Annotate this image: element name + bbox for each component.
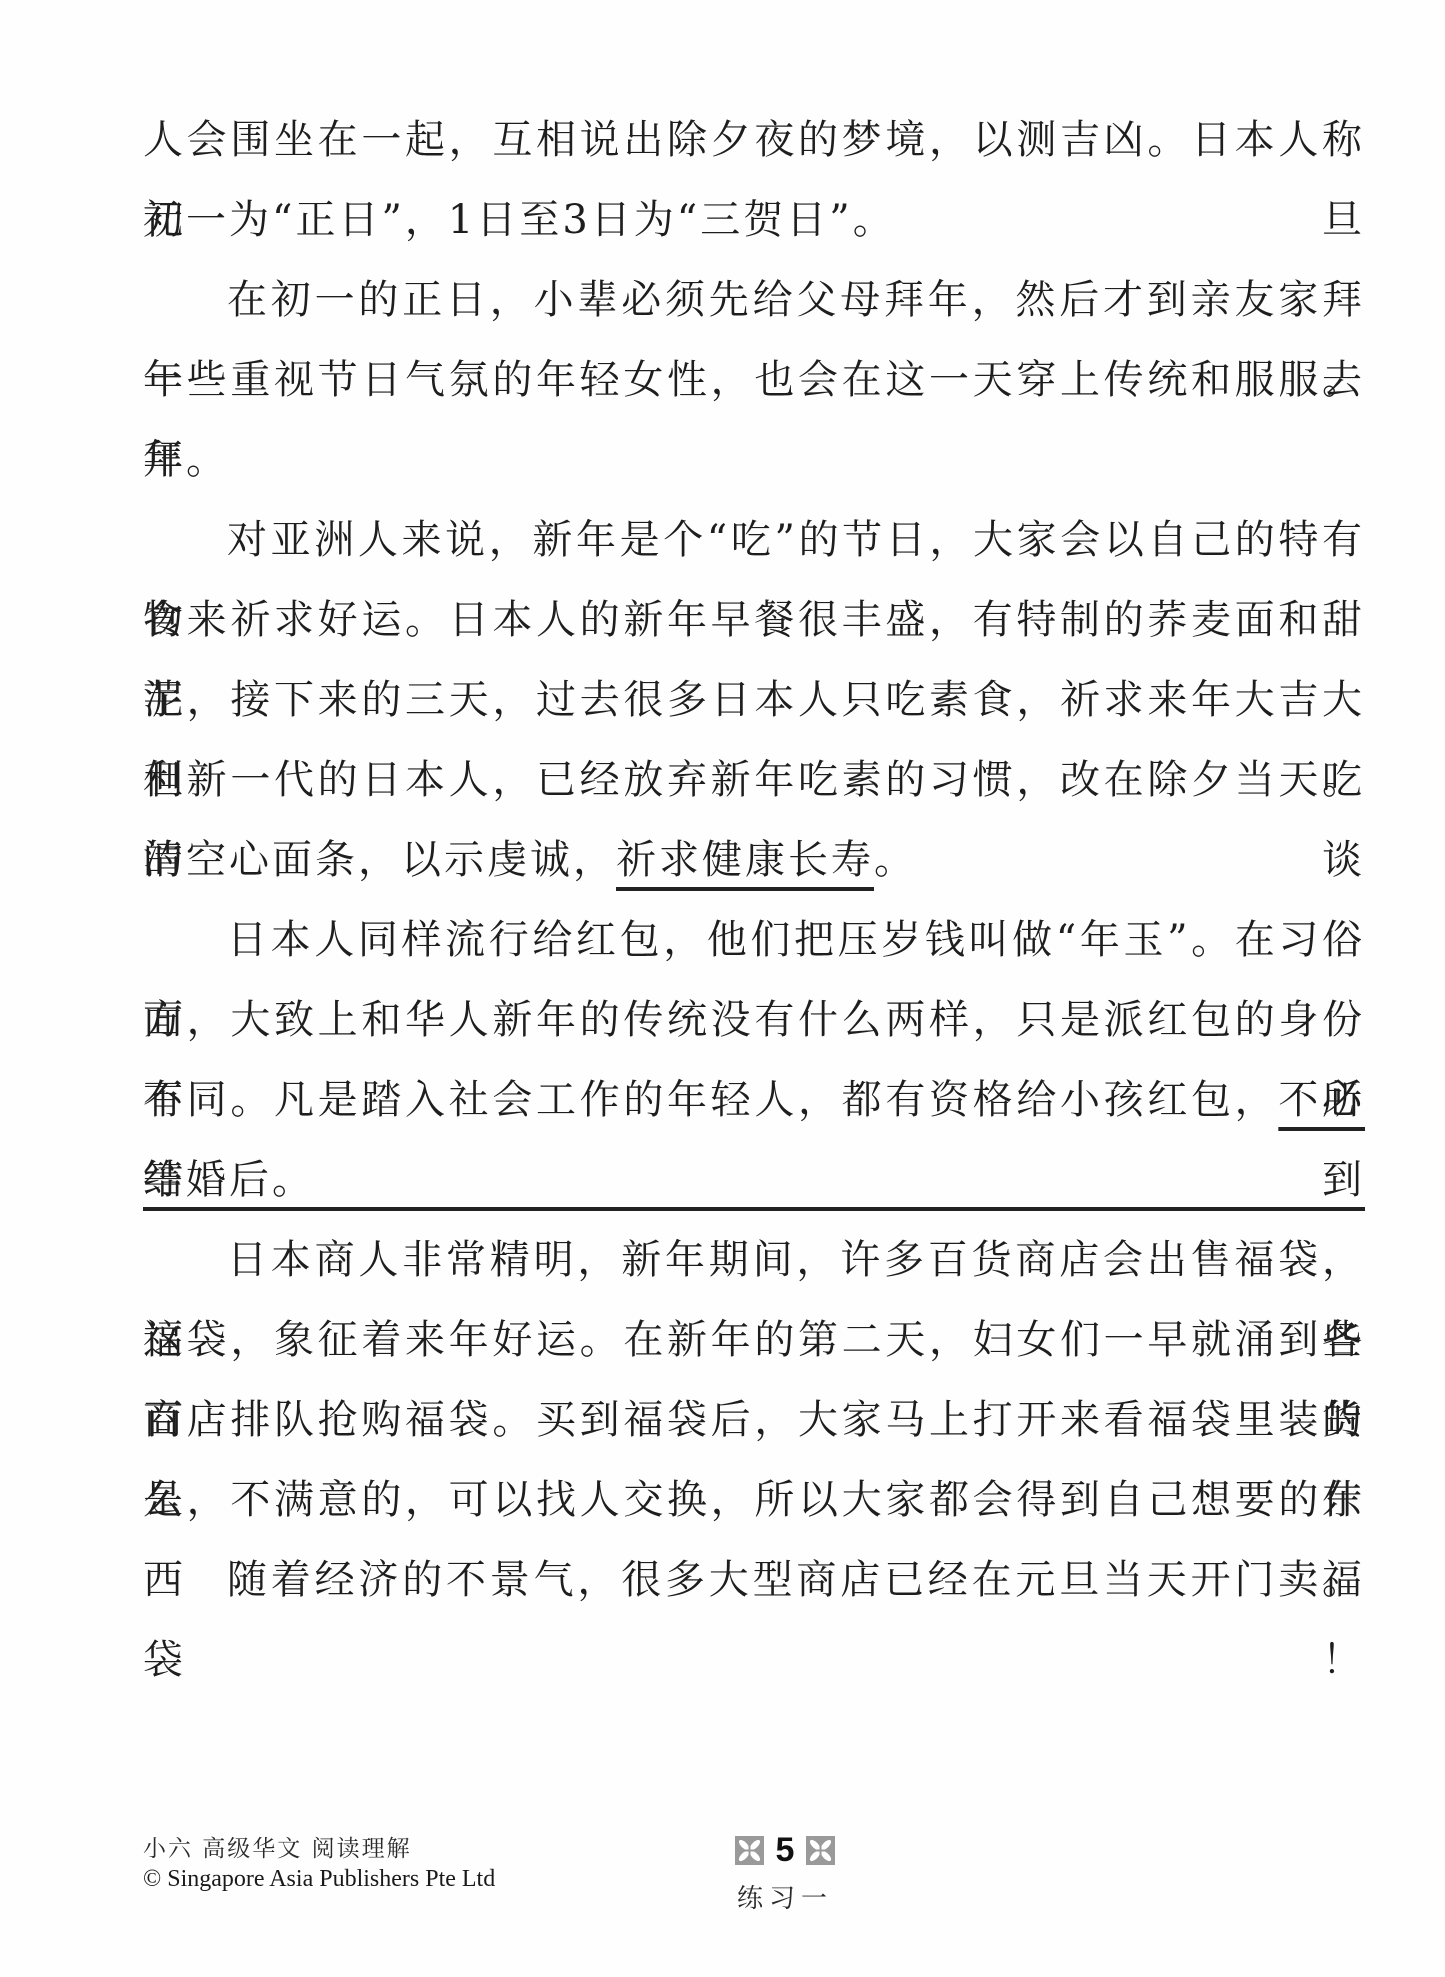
- text-line: 年。: [143, 420, 1365, 500]
- text-line: 物来祈求好运。日本人的新年早餐很丰盛，有特制的荞麦面和甜芋: [143, 580, 1365, 660]
- text-segment: 随着经济的不景气，很多大型商店已经在元旦当天开门卖福袋！: [143, 1557, 1365, 1683]
- text-line: 福袋，象征着来年好运。在新年的第二天，妇女们一早就涌到各百货: [143, 1300, 1365, 1380]
- text-line: 随着经济的不景气，很多大型商店已经在元旦当天开门卖福袋！: [143, 1540, 1365, 1620]
- ornament-flower-icon: [806, 1836, 835, 1865]
- ornament-flower-icon: [735, 1836, 764, 1865]
- text-segment: 年。: [143, 437, 229, 483]
- text-line: 对亚洲人来说，新年是个“吃”的节日，大家会以自己的特有食: [143, 500, 1365, 580]
- text-line: 但新一代的日本人，已经放弃新年吃素的习惯，改在除夕当天吃清谈: [143, 740, 1365, 820]
- text-line: 泥，接下来的三天，过去很多日本人只吃素食，祈求来年大吉大利。: [143, 660, 1365, 740]
- document-page: 人会围坐在一起，互相说出除夕夜的梦境，以测吉凶。日本人称元旦初一为“正日”，1日…: [0, 0, 1445, 1977]
- section-label: 练习一: [737, 1878, 833, 1915]
- underlined-phrase: 结婚后: [143, 1157, 272, 1203]
- underlined-phrase: 祈求健康长寿: [616, 837, 874, 883]
- text-lines: 人会围坐在一起，互相说出除夕夜的梦境，以测吉凶。日本人称元旦初一为“正日”，1日…: [143, 100, 1365, 1620]
- footer-series-title: 小六 高级华文 阅读理解: [143, 1834, 495, 1864]
- text-line: 面，大致上和华人新年的传统没有什么两样，只是派红包的身份有所: [143, 980, 1365, 1060]
- text-line: 不同。凡是踏入社会工作的年轻人，都有资格给小孩红包，不必等到: [143, 1060, 1365, 1140]
- text-segment: 不同。凡是踏入社会工作的年轻人，都有资格给小孩红包，: [143, 1077, 1278, 1123]
- text-line: 在初一的正日，小辈必须先给父母拜年，然后才到亲友家拜年。: [143, 260, 1365, 340]
- text-line: 一些重视节日气氛的年轻女性，也会在这一天穿上传统和服服去拜: [143, 340, 1365, 420]
- footer-copyright: © Singapore Asia Publishers Pte Ltd: [143, 1864, 495, 1894]
- text-line: 日本商人非常精明，新年期间，许多百货商店会出售福袋，这些: [143, 1220, 1365, 1300]
- page-marker: 5 练习一: [705, 1832, 865, 1915]
- footer-left: 小六 高级华文 阅读理解 © Singapore Asia Publishers…: [143, 1834, 495, 1894]
- text-line: 日本人同样流行给红包，他们把压岁钱叫做“年玉”。在习俗方: [143, 900, 1365, 980]
- text-segment: 。: [272, 1157, 315, 1203]
- text-segment: 的空心面条，以示虔诚，: [143, 837, 616, 883]
- page-number: 5: [776, 1832, 795, 1868]
- text-segment: 初一为“正日”，1日至3日为“三贺日”。: [143, 197, 896, 243]
- text-line: 商店排队抢购福袋。买到福袋后，大家马上打开来看福袋里装的是什: [143, 1380, 1365, 1460]
- text-line: 人会围坐在一起，互相说出除夕夜的梦境，以测吉凶。日本人称元旦: [143, 100, 1365, 180]
- text-line: 么，不满意的，可以找人交换，所以大家都会得到自己想要的东西。: [143, 1460, 1365, 1540]
- text-segment: 。: [874, 837, 917, 883]
- page-number-row: 5: [735, 1832, 836, 1868]
